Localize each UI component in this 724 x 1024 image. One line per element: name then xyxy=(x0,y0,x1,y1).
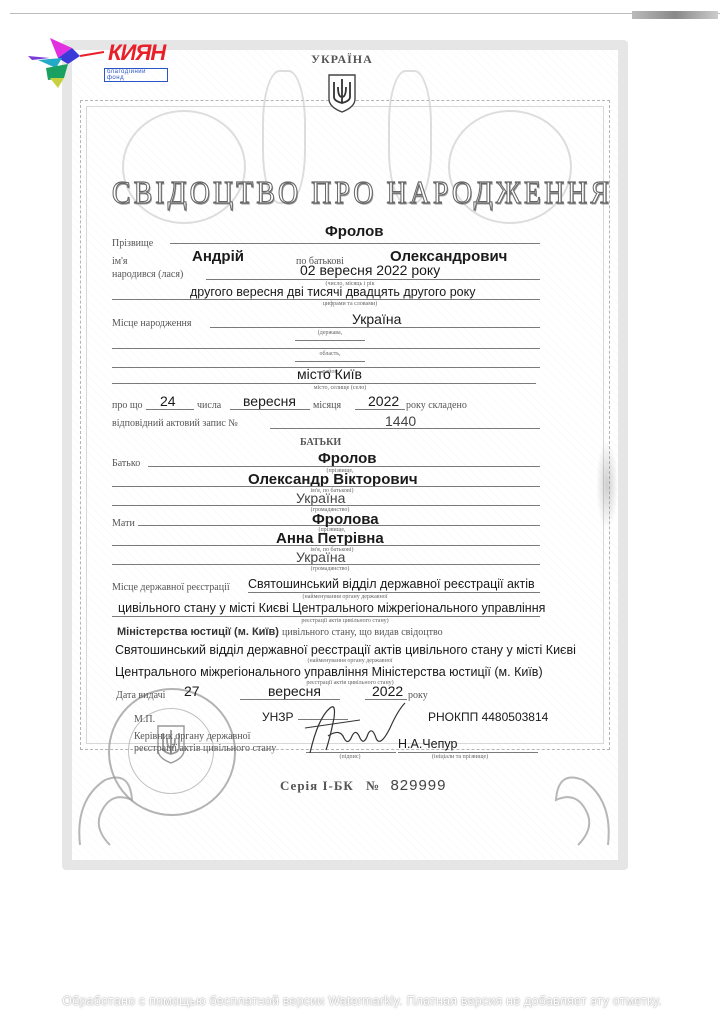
mother-name-line xyxy=(112,545,540,546)
issue-month: вересня xyxy=(268,683,321,699)
issue-year: 2022 xyxy=(372,683,403,699)
record-day-line xyxy=(146,409,194,410)
issue-day: 27 xyxy=(184,683,200,699)
record-day-label: числа xyxy=(197,400,221,411)
surname-label: Прізвище xyxy=(112,238,153,249)
act-number-label: відповідний актовий запис № xyxy=(112,418,238,429)
mother-citizenship: Україна xyxy=(296,549,345,565)
rnokpp-value: РНОКПП 4480503814 xyxy=(428,710,548,724)
registration-place-line1-rule xyxy=(248,592,540,593)
birth-date-line xyxy=(206,279,540,280)
signature-scribble xyxy=(300,698,410,758)
record-year-label: року складено xyxy=(406,400,467,411)
head-label-1: Керівник органу державної xyxy=(134,731,250,742)
kyian-logo-graphic-icon xyxy=(28,34,104,90)
father-citizenship-line xyxy=(112,505,540,506)
birthplace-country-hint: (держава, xyxy=(318,330,342,336)
record-month-line xyxy=(230,409,310,410)
birthplace-city: місто Київ xyxy=(297,366,362,382)
birth-date-words-hint: цифрами та словами) xyxy=(323,301,377,307)
birthplace-country: Україна xyxy=(352,311,401,327)
mother-citizenship-hint: (громадянство) xyxy=(311,566,350,572)
record-month-label: місяця xyxy=(313,400,341,411)
act-number-line xyxy=(270,428,540,429)
name-value: Андрій xyxy=(192,248,244,265)
head-label-2: реєстрації актів цивільного стану xyxy=(134,743,276,754)
signer-name: Н.А.Чепур xyxy=(398,737,457,751)
record-year: 2022 xyxy=(368,393,399,409)
issuer-line2: Центрального міжрегіонального управління… xyxy=(115,665,543,679)
registration-place-line2-rule xyxy=(112,616,540,617)
stamp-place-label: М.П. xyxy=(134,714,155,725)
kyian-logo-text: КИЯН xyxy=(108,40,165,66)
birth-date-words: другого вересня дві тисячі двадцять друг… xyxy=(190,285,475,299)
scan-edge-mark xyxy=(632,11,718,19)
birth-date-digits: 02 вересня 2022 року xyxy=(300,262,440,278)
region-short-line xyxy=(295,340,365,341)
record-year-line xyxy=(355,409,405,410)
signer-hint: (ініціали та прізвище) xyxy=(432,754,488,760)
registration-place-hint2: реєстрації актів цивільного стану) xyxy=(301,618,388,624)
scan-shadow xyxy=(596,440,618,530)
signer-line xyxy=(398,752,538,753)
registration-place-label: Місце державної реєстрації xyxy=(112,582,230,593)
birth-date-words-line xyxy=(112,299,540,300)
act-number: 1440 xyxy=(385,413,416,429)
kyian-logo-tagline: благодійний фонд xyxy=(104,68,168,82)
surname-value: Фролов xyxy=(325,223,383,240)
surname-line xyxy=(170,243,540,244)
registration-place-hint1: (найменування органу державної xyxy=(303,594,388,600)
father-citizenship: Україна xyxy=(296,490,345,506)
record-prefix: про що xyxy=(112,400,143,411)
registration-place-line3: Міністерства юстиції (м. Київ) xyxy=(117,626,279,638)
mother-citizenship-line xyxy=(112,564,540,565)
series-number: Серія І-БК № 829999 xyxy=(280,777,447,794)
record-day: 24 xyxy=(160,393,176,409)
issue-year-suffix: року xyxy=(408,690,428,701)
name-label: ім'я xyxy=(112,256,128,267)
district-short-line xyxy=(295,361,365,362)
registration-place-line2: цивільного стану у місті Києві Центральн… xyxy=(118,601,545,615)
father-label: Батько xyxy=(112,458,140,469)
born-label: народився (лася) xyxy=(112,269,183,280)
birthplace-label: Місце народження xyxy=(112,318,192,329)
corner-ornament-bottom-right xyxy=(548,760,618,850)
issue-date-label: Дата видачі xyxy=(116,690,165,701)
document-title: СВІДОЦТВО ПРО НАРОДЖЕННЯ xyxy=(0,176,724,213)
record-month: вересня xyxy=(243,393,296,409)
trident-coat-of-arms-icon xyxy=(327,73,357,113)
mother-label: Мати xyxy=(112,518,135,529)
kyian-logo: КИЯН благодійний фонд xyxy=(28,34,168,90)
issuer-line1: Святошинський відділ державної реєстраці… xyxy=(115,643,576,657)
unzr-label: УНЗР xyxy=(262,710,294,724)
region-hint: область, xyxy=(319,351,340,357)
father-surname: Фролов xyxy=(318,450,376,467)
issuer-label: цивільного стану, що видав свідоцтво xyxy=(282,627,443,638)
city-hint: місто, селище (село) xyxy=(314,385,366,391)
number-sign: № xyxy=(366,778,380,793)
watermarkly-notice: Обработано с помощью бесплатной версии W… xyxy=(0,994,724,1008)
issuer-hint1: (найменування органу державної xyxy=(308,658,393,664)
country-name: УКРАЇНА xyxy=(282,52,402,67)
scan-edge xyxy=(10,13,720,14)
city-line xyxy=(112,383,536,384)
birthplace-country-line xyxy=(210,327,540,328)
parents-heading: БАТЬКИ xyxy=(300,437,341,448)
series-number-value: 829999 xyxy=(390,777,446,794)
region-line xyxy=(112,348,540,349)
registration-place-line1: Святошинський відділ державної реєстраці… xyxy=(248,577,535,591)
series-label: Серія І-БК xyxy=(280,778,354,793)
state-header: УКРАЇНА xyxy=(282,52,402,142)
mother-surname: Фролова xyxy=(312,511,379,528)
father-name-line xyxy=(112,486,540,487)
